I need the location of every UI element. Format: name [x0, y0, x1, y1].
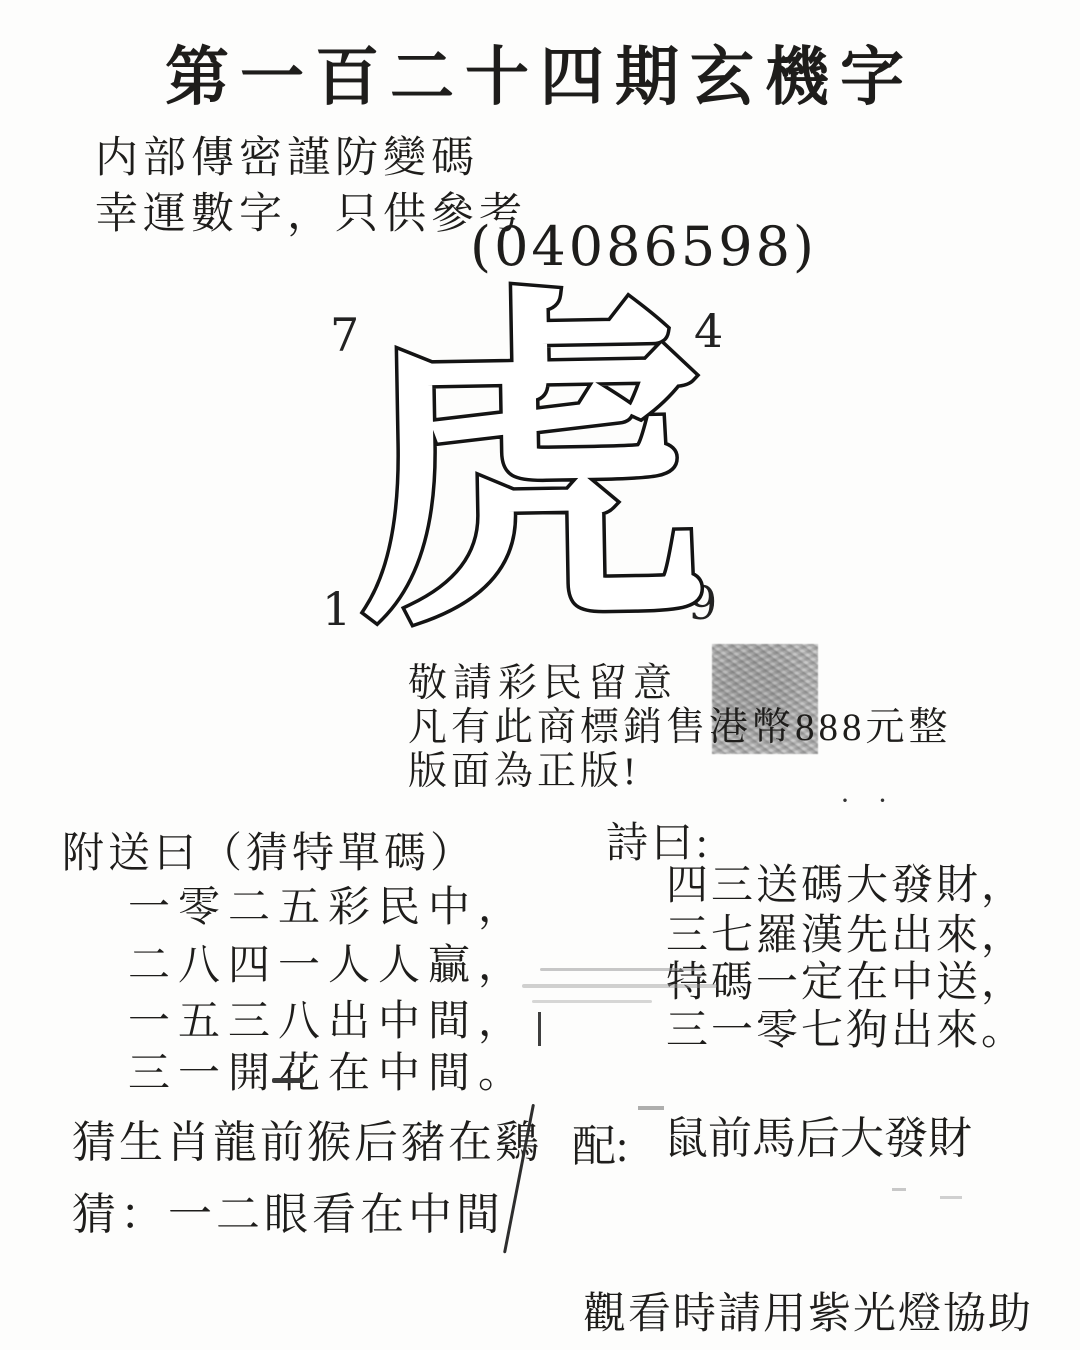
tip-sheet-page: { "page": { "title": "第一百二十四期玄機字", "noti… — [0, 0, 1080, 1350]
notice-line-1: 内部傳密謹防變碼 — [95, 124, 479, 185]
footer-note: 觀看時請用紫光燈協助 — [583, 1280, 1033, 1341]
page-title: 第一百二十四期玄機字 — [165, 26, 915, 118]
left-poem-line: 一五三八出中間， — [128, 988, 528, 1048]
left-poem-line: 二八四一人人贏， — [128, 932, 528, 992]
smudge-artifact — [532, 1000, 652, 1003]
zodiac-guess-line: 猜生肖龍前猴后豬在鷄 — [72, 1106, 542, 1170]
faint-mark-artifact — [638, 1106, 664, 1110]
smudge-artifact — [540, 968, 705, 971]
main-character-box: 虎 — [315, 268, 745, 668]
guess-line: 猜：一二眼看在中間 — [72, 1178, 504, 1242]
tick-mark-artifact — [538, 1012, 541, 1046]
stray-dash-artifact — [272, 1078, 304, 1083]
speck-artifact — [892, 1188, 906, 1191]
smudge-artifact — [522, 984, 717, 988]
tiger-character: 虎 — [351, 289, 709, 647]
left-poem-line: 一零二五彩民中， — [128, 874, 528, 934]
left-poem-header: 附送曰（猜特單碼） — [62, 820, 476, 880]
left-poem-line: 三一開花在中間。 — [128, 1040, 528, 1100]
attention-line-2: 凡有此商標銷售港幣888元整 — [408, 696, 952, 752]
ink-dots-artifact: · · — [840, 784, 897, 818]
pair-label: 配: — [572, 1110, 628, 1174]
notice-line-2: 幸運數字，只供參考 — [95, 180, 527, 241]
speck-artifact — [940, 1196, 962, 1199]
right-poem-line: 三一零七狗出來。 — [666, 997, 1026, 1057]
pair-text: 鼠前馬后大發財 — [664, 1102, 972, 1166]
